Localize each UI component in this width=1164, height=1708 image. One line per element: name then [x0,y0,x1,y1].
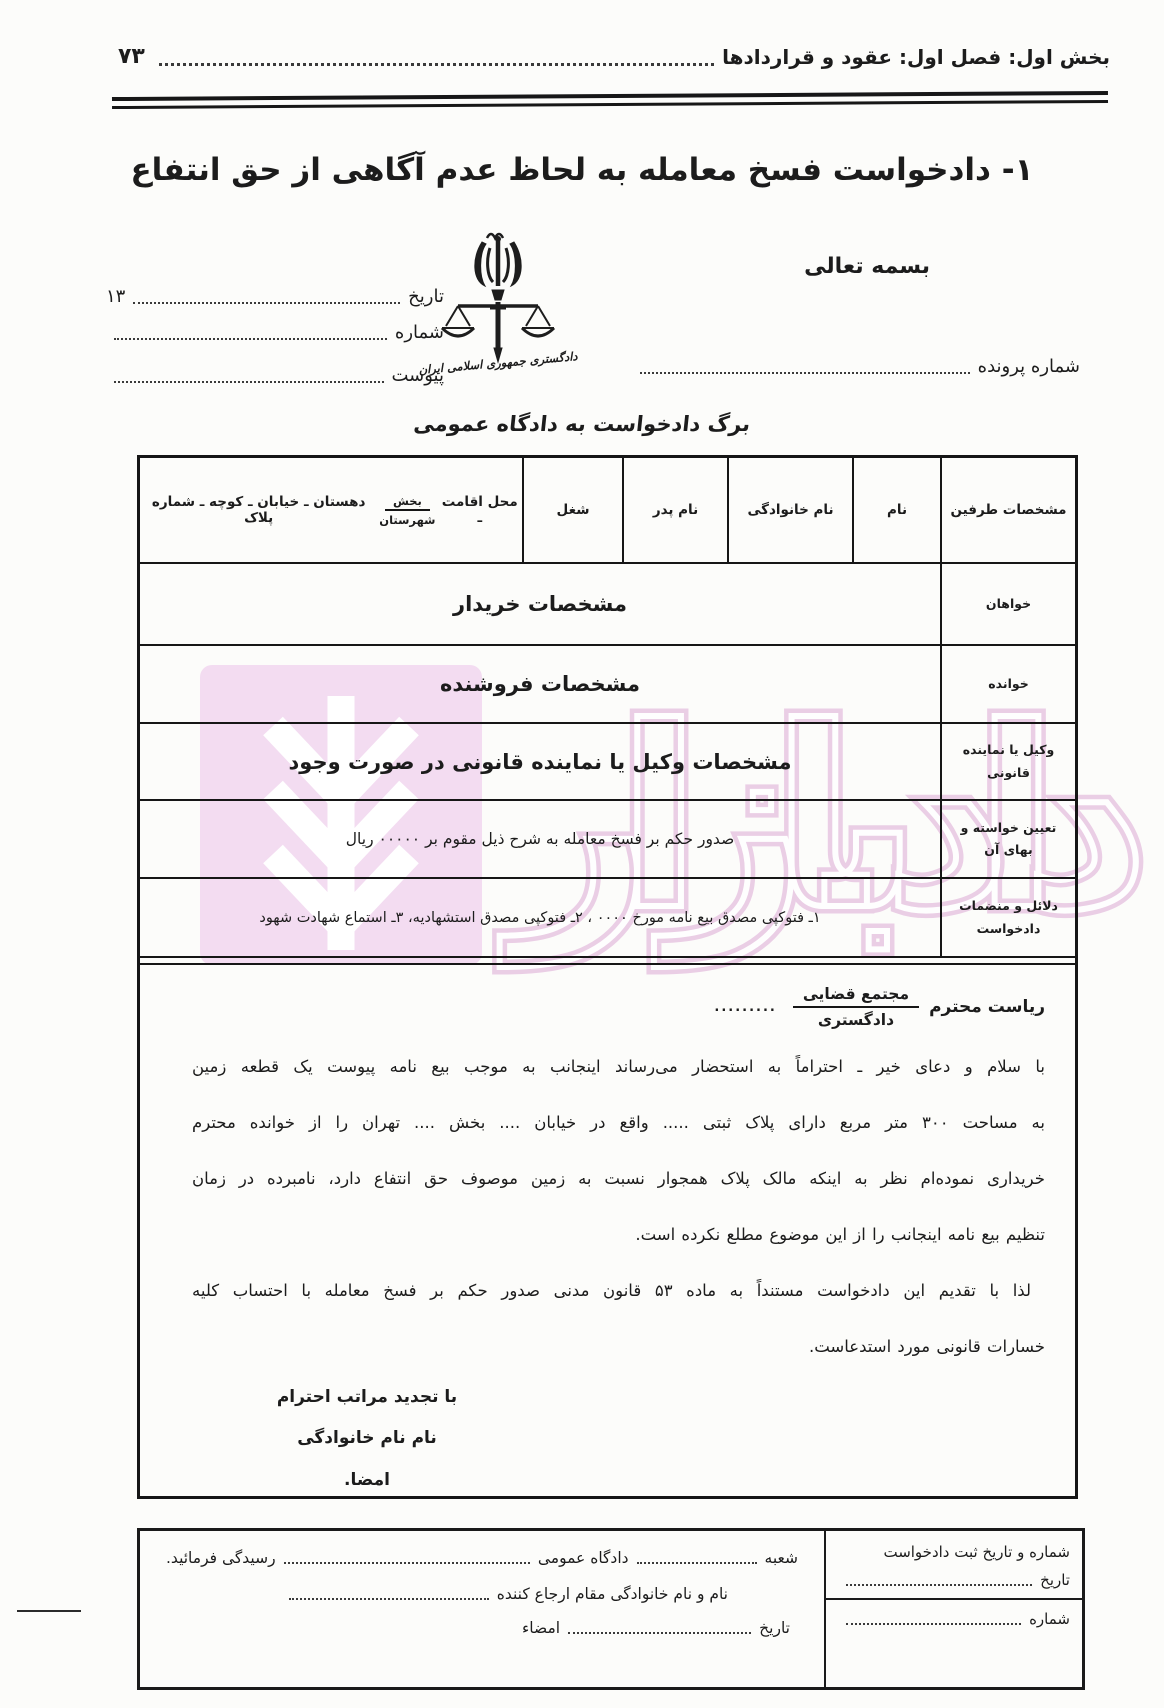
registration-number-row: شماره [838,1610,1070,1628]
referral-court-line: شعبه دادگاه عمومی رسیدگی فرمائید. [166,1549,798,1567]
scanned-petition-page: دادبازار دادبازار بخش اول: فصل اول: عقود… [0,0,1164,1708]
body-line: تنظیم بیع نامه اینجانب را از این موضوع م… [192,1223,1045,1247]
registration-date-label: تاریخ [1040,1571,1070,1589]
salutation: ریاست محترم مجتمع قضایی دادگستری .......… [192,985,1045,1029]
date-prefix: ۱۳ [106,286,125,307]
court-blank [284,1556,530,1564]
residence-prefix: محل اقامت ـ [440,494,521,526]
header-parties: مشخصات طرفین [940,458,1075,562]
stray-rule-mark [17,1610,81,1612]
registration-title: شماره و تاریخ ثبت دادخواست [838,1543,1070,1561]
evidence-label: دلائل و منضمات دادخواست [940,879,1075,956]
rule-bottom [112,100,1108,109]
salutation-prefix: ریاست محترم [929,997,1045,1017]
date-row: تاریخ ۱۳ [106,286,444,307]
instruction-text: رسیدگی فرمائید. [166,1549,276,1567]
petition-body: ریاست محترم مجتمع قضایی دادگستری .......… [140,963,1075,1496]
plaintiff-value: مشخصات خریدار [140,564,940,644]
referrer-line: نام و نام خانوادگی مقام ارجاع کننده [206,1585,728,1603]
residence-suffix: دهستان ـ خیابان ـ کوچه ـ شماره پلاک [142,494,375,526]
date-blank [133,296,400,304]
table-row: وکیل یا نماینده قانونی مشخصات وکیل یا نم… [140,724,1075,801]
plaintiff-label: خواهان [940,564,1075,644]
number-row: شماره [106,322,444,343]
referral-box: شعبه دادگاه عمومی رسیدگی فرمائید. نام و … [140,1531,824,1687]
header-family-name: نام خانوادگی [727,458,852,562]
closing-signature: امضا. [247,1460,487,1502]
leader-dots [159,57,714,66]
closing-respect: با تجدید مراتب احترام [247,1377,487,1419]
closing-name: نام نام خانوادگی [247,1418,487,1460]
header-father-name: نام پدر [622,458,727,562]
number-blank [114,332,387,340]
referral-date-blank [568,1626,751,1634]
salutation-blank: ......... [714,1000,776,1015]
referrer-blank [289,1592,489,1600]
rule-top [112,91,1108,101]
claim-value: صدور حکم بر فسخ معامله به شرح ذیل مقوم ب… [140,801,940,877]
header-rule [112,91,1108,109]
registration-table: شماره و تاریخ ثبت دادخواست تاریخ شماره ش… [137,1528,1085,1690]
claim-label: تعیین خواسته و بهای آن [940,801,1075,877]
case-number-row: شماره پرونده [632,356,1080,377]
salutation-court-complex: مجتمع قضایی [793,985,919,1008]
judiciary-emblem-icon [436,228,560,368]
referrer-label: نام و نام خانوادگی مقام ارجاع کننده [497,1585,728,1603]
registration-box: شماره و تاریخ ثبت دادخواست تاریخ شماره [824,1531,1082,1687]
attorney-value: مشخصات وکیل یا نماینده قانونی در صورت وج… [140,724,940,799]
residence-district: بخش [385,494,430,511]
body-line: لذا با تقدیم این دادخواست مستنداً به ماد… [192,1279,1045,1303]
registration-number-label: شماره [1029,1610,1070,1628]
chapter-title: بخش اول: فصل اول: عقود و قراردادها [722,45,1110,69]
branch-label: شعبه [765,1549,798,1567]
body-line: به مساحت ۳۰۰ متر مربع دارای پلاک ثبتی ..… [192,1111,1045,1135]
table-header-row: مشخصات طرفین نام نام خانوادگی نام پدر شغ… [140,458,1075,564]
header-residence: محل اقامت ـ بخش شهرستان دهستان ـ خیابان … [140,458,522,562]
salutation-stack: مجتمع قضایی دادگستری [793,985,919,1029]
evidence-value: ۱ـ فتوکپی مصدق بیع نامه مورخ ۰۰۰۰ ، ۲ـ ف… [140,879,940,956]
header-occupation: شغل [522,458,622,562]
referral-date-line: تاریخ امضاء [522,1619,790,1637]
attachment-row: پیوست [106,365,444,386]
defendant-value: مشخصات فروشنده [140,646,940,722]
petition-form-table: مشخصات طرفین نام نام خانوادگی نام پدر شغ… [137,455,1078,1499]
attorney-label: وکیل یا نماینده قانونی [940,724,1075,799]
body-line: خسارات قانونی مورد استدعاست. [192,1335,1045,1359]
body-line: با سلام و دعای خیر ـ احتراماً به استحضار… [192,1055,1045,1079]
header-name: نام [852,458,940,562]
salutation-judiciary: دادگستری [818,1008,894,1029]
defendant-label: خوانده [940,646,1075,722]
table-row: خواهان مشخصات خریدار [140,564,1075,646]
table-row: تعیین خواسته و بهای آن صدور حکم بر فسخ م… [140,801,1075,879]
branch-blank [637,1556,757,1564]
table-row: دلائل و منضمات دادخواست ۱ـ فتوکپی مصدق ب… [140,879,1075,958]
registration-divider [826,1598,1082,1600]
meta-block: تاریخ ۱۳ شماره پیوست [106,286,444,401]
registration-date-row: تاریخ [838,1571,1070,1589]
form-title: برگ دادخواست به دادگاه عمومی [0,412,1164,436]
chapter-header: بخش اول: فصل اول: عقود و قراردادها ۷۳ [118,44,1110,69]
basmala: بسمه تعالی [804,254,930,279]
referral-signature-label: امضاء [522,1619,560,1637]
page-number: ۷۳ [118,44,151,69]
residence-stack: بخش شهرستان [379,494,435,527]
table-row: خوانده مشخصات فروشنده [140,646,1075,724]
case-number-blank [640,366,970,374]
referral-date-label: تاریخ [759,1619,790,1637]
closing-block: با تجدید مراتب احترام نام نام خانوادگی ا… [247,1377,487,1502]
residence-county: شهرستان [379,511,435,527]
registration-number-blank [846,1617,1021,1625]
document-title: ۱- دادخواست فسخ معامله به لحاظ عدم آگاهی… [0,152,1164,188]
court-label: دادگاه عمومی [538,1549,629,1567]
body-line: خریداری نموده‌ام نظر به اینکه مالک پلاک … [192,1167,1045,1191]
registration-date-blank [846,1578,1032,1586]
case-number-label: شماره پرونده [978,356,1080,377]
attachment-blank [114,375,384,383]
